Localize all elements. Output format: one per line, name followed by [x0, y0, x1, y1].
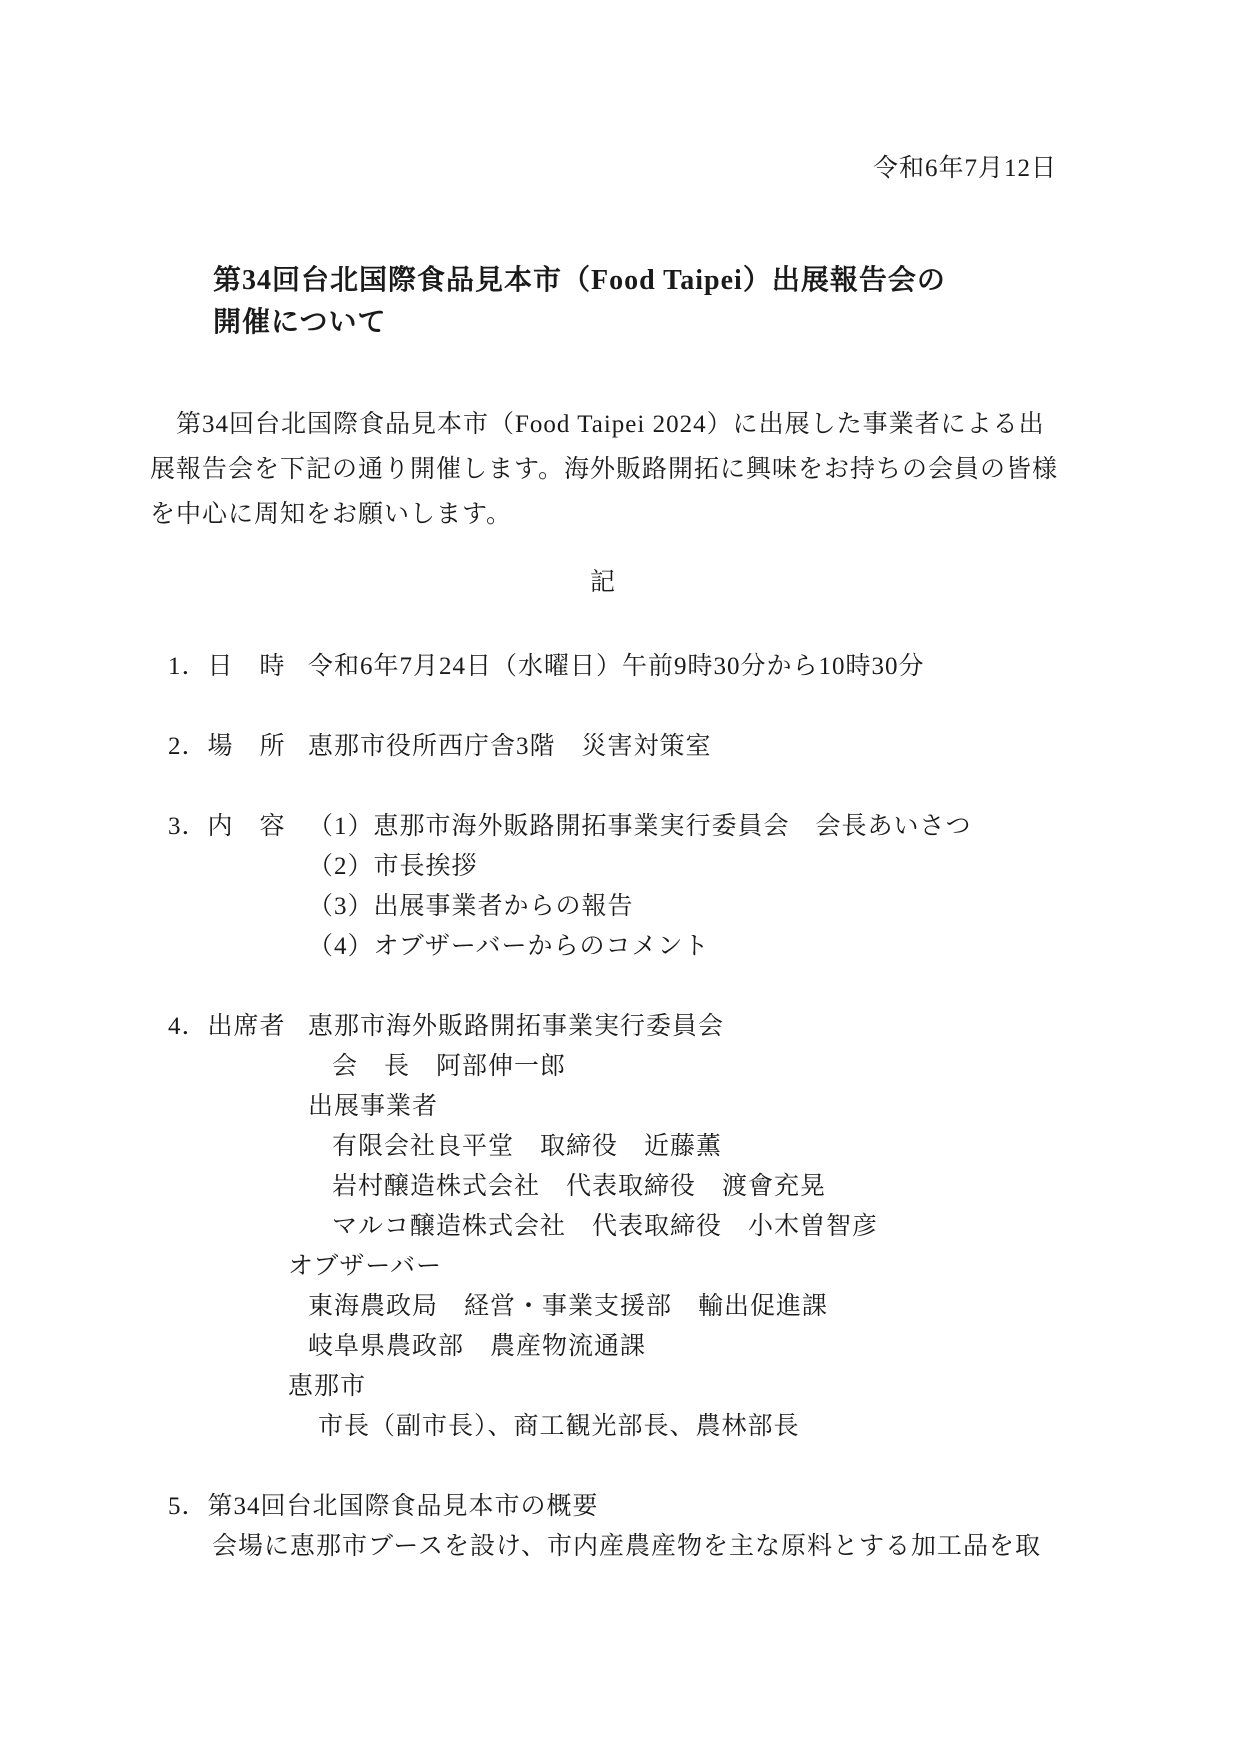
title-line-1: 第34回台北国際食品見本市（Food Taipei）出展報告会の: [213, 260, 946, 302]
item-3-row: 3．内 容 （1）恵那市海外販路開拓事業実行委員会 会長あいさつ: [168, 807, 972, 847]
item-3-line-1: （1）恵那市海外販路開拓事業実行委員会 会長あいさつ: [308, 807, 972, 847]
attendee-exhibitor-1: 有限会社良平堂 取締役 近藤薫: [168, 1127, 878, 1167]
attendee-observers-heading: オブザーバー: [168, 1247, 878, 1287]
document-title: 第34回台北国際食品見本市（Food Taipei）出展報告会の 開催について: [213, 260, 946, 344]
item-2-row: 2．場 所 恵那市役所西庁舎3階 災害対策室: [168, 727, 712, 767]
item-1-datetime: 1．日 時 令和6年7月24日（水曜日）午前9時30分から10時30分: [168, 647, 925, 687]
item-4-row: 4．出席者 恵那市海外販路開拓事業実行委員会: [168, 1007, 878, 1047]
item-4-attendees: 4．出席者 恵那市海外販路開拓事業実行委員会 会 長 阿部伸一郎 出展事業者 有…: [168, 1007, 878, 1447]
title-line-2: 開催について: [213, 302, 946, 344]
item-2-place: 2．場 所 恵那市役所西庁舎3階 災害対策室: [168, 727, 712, 767]
attendee-exhibitor-3: マルコ醸造株式会社 代表取締役 小木曽智彦: [168, 1207, 878, 1247]
item-4-label: 4．出席者: [168, 1007, 308, 1047]
intro-line-2: 展報告会を下記の通り開催します。海外販路開拓に興味をお持ちの会員の皆様: [150, 447, 1080, 492]
item-1-row: 1．日 時 令和6年7月24日（水曜日）午前9時30分から10時30分: [168, 647, 925, 687]
item-3-line-2: （2）市長挨拶: [168, 847, 972, 887]
item-5-overview: 5．第34回台北国際食品見本市の概要 会場に恵那市ブースを設け、市内産農産物を主…: [168, 1487, 1041, 1567]
attendee-city-heading: 恵那市: [168, 1367, 878, 1407]
attendee-exhibitor-2: 岩村醸造株式会社 代表取締役 渡會充晃: [168, 1167, 878, 1207]
attendee-observer-1: 東海農政局 経営・事業支援部 輸出促進課: [168, 1287, 878, 1327]
document-page: 令和6年7月12日 第34回台北国際食品見本市（Food Taipei）出展報告…: [0, 0, 1241, 1755]
item-5-body-line: 会場に恵那市ブースを設け、市内産農産物を主な原料とする加工品を取: [168, 1527, 1041, 1567]
attendee-observer-2: 岐阜県農政部 農産物流通課: [168, 1327, 878, 1367]
item-3-label: 3．内 容: [168, 807, 308, 847]
item-2-label: 2．場 所: [168, 727, 308, 767]
item-3-line-4: （4）オブザーバーからのコメント: [168, 927, 972, 967]
record-marker: 記: [150, 566, 1055, 600]
item-5-heading: 5．第34回台北国際食品見本市の概要: [168, 1487, 1041, 1527]
attendee-exhibitors-heading: 出展事業者: [168, 1087, 878, 1127]
item-2-content: 恵那市役所西庁舎3階 災害対策室: [308, 727, 712, 767]
item-3-contents: 3．内 容 （1）恵那市海外販路開拓事業実行委員会 会長あいさつ （2）市長挨拶…: [168, 807, 972, 967]
item-3-line-3: （3）出展事業者からの報告: [168, 887, 972, 927]
item-1-content: 令和6年7月24日（水曜日）午前9時30分から10時30分: [308, 647, 925, 687]
item-4-committee: 恵那市海外販路開拓事業実行委員会: [308, 1007, 724, 1047]
attendee-chairman: 会 長 阿部伸一郎: [168, 1047, 878, 1087]
document-date: 令和6年7月12日: [873, 152, 1057, 186]
intro-line-1: 第34回台北国際食品見本市（Food Taipei 2024）に出展した事業者に…: [150, 402, 1080, 447]
attendee-city-members: 市長（副市長）、商工観光部長、農林部長: [168, 1407, 878, 1447]
intro-line-3: を中心に周知をお願いします。: [150, 492, 1080, 537]
item-1-label: 1．日 時: [168, 647, 308, 687]
intro-paragraph: 第34回台北国際食品見本市（Food Taipei 2024）に出展した事業者に…: [150, 402, 1080, 537]
